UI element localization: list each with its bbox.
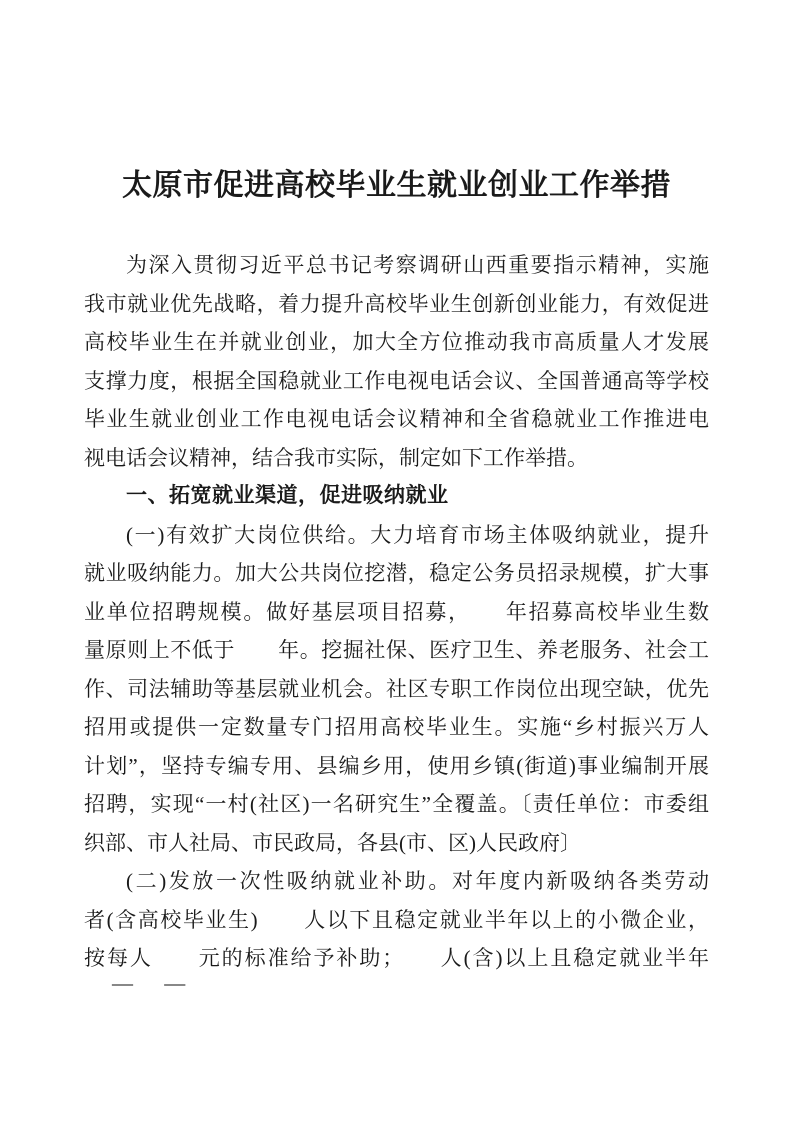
text-line: 就业吸纳能力。加大公共岗位挖潜，稳定公务员招录规模，扩大事 [84, 554, 709, 593]
document-body: 为深入贯彻习近平总书记考察调研山西重要指示精神，实施 我市就业优先战略，着力提升… [84, 246, 709, 978]
text-line: 计划”，坚持专编专用、县编乡用，使用乡镇(街道)事业编制开展 [84, 747, 709, 786]
text-line: 量原则上不低于 年。挖掘社保、医疗卫生、养老服务、社会工 [84, 631, 709, 670]
document-page: 太原市促进高校毕业生就业创业工作举措 为深入贯彻习近平总书记考察调研山西重要指示… [0, 0, 793, 1122]
text-line: 织部、市人社局、市民政局，各县(市、区)人民政府〕 [84, 824, 709, 863]
section-heading-1: 一、拓宽就业渠道，促进吸纳就业 [84, 477, 709, 516]
page-number: — — [112, 971, 185, 995]
text-line: 者(含高校毕业生) 人以下且稳定就业半年以上的小微企业， [84, 901, 709, 940]
text-line: 作、司法辅助等基层就业机会。社区专职工作岗位出现空缺，优先 [84, 670, 709, 709]
page-number-dash: — [112, 971, 133, 995]
text-line: 为深入贯彻习近平总书记考察调研山西重要指示精神，实施 [84, 246, 709, 285]
text-line: (一)有效扩大岗位供给。大力培育市场主体吸纳就业，提升 [84, 516, 709, 555]
text-line: 视电话会议精神，结合我市实际，制定如下工作举措。 [84, 439, 709, 478]
text-line: 毕业生就业创业工作电视电话会议精神和全省稳就业工作推进电 [84, 400, 709, 439]
text-line: 支撑力度，根据全国稳就业工作电视电话会议、全国普通高等学校 [84, 362, 709, 401]
document-title: 太原市促进高校毕业生就业创业工作举措 [0, 160, 793, 204]
text-line: 招用或提供一定数量专门招用高校毕业生。实施“乡村振兴万人 [84, 708, 709, 747]
text-line: (二)发放一次性吸纳就业补助。对年度内新吸纳各类劳动 [84, 862, 709, 901]
text-line: 招聘，实现“一村(社区)一名研究生”全覆盖。〔责任单位：市委组 [84, 785, 709, 824]
text-line: 业单位招聘规模。做好基层项目招募， 年招募高校毕业生数 [84, 593, 709, 632]
text-line: 我市就业优先战略，着力提升高校毕业生创新创业能力，有效促进 [84, 285, 709, 324]
page-number-dash: — [164, 971, 185, 995]
text-line: 高校毕业生在并就业创业，加大全方位推动我市高质量人才发展 [84, 323, 709, 362]
